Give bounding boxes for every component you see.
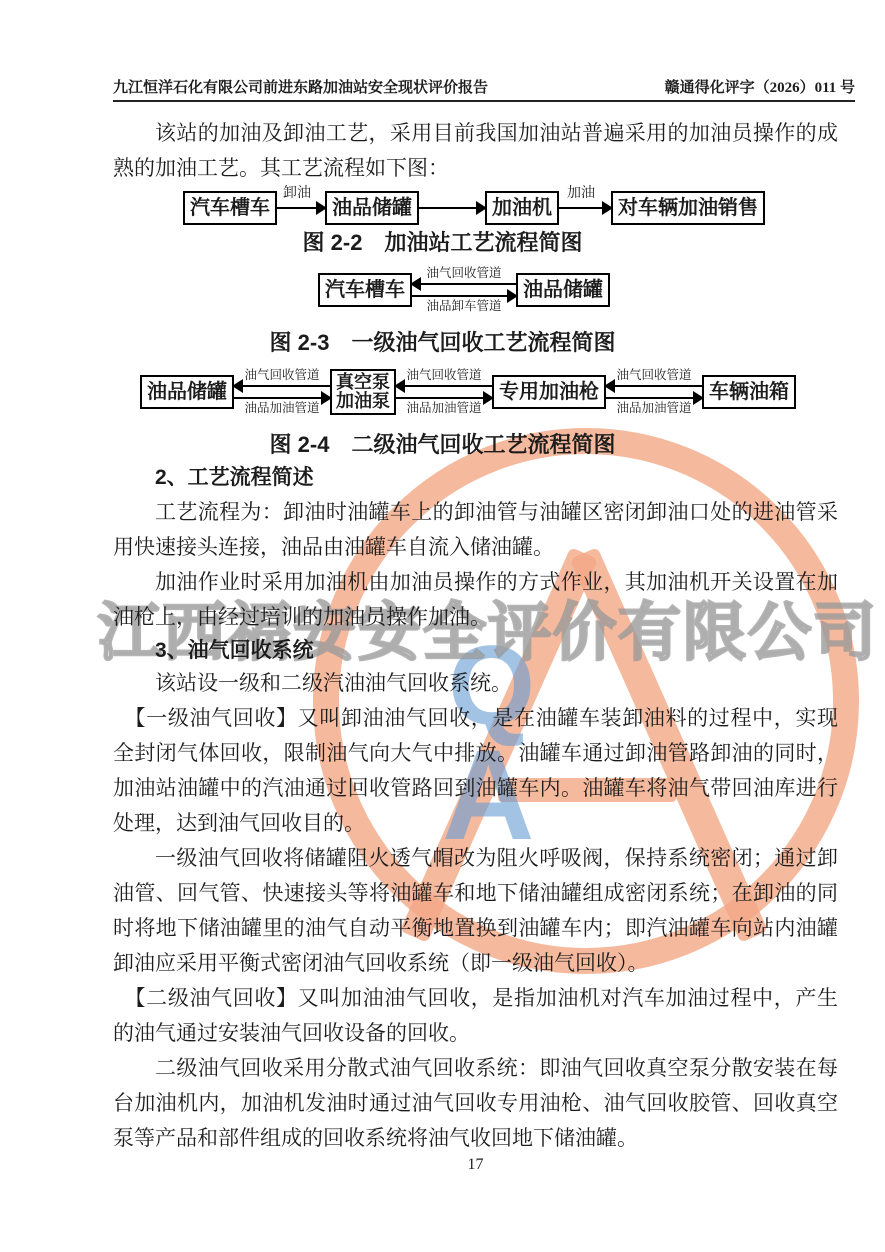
figure-2-3-flow: 汽车槽车 油气回收管道 油品卸车管道 油品储罐 <box>318 266 610 314</box>
vacuum-pump-line1: 真空泵 <box>336 373 390 392</box>
paragraph-stage1-definition: 【一级油气回收】又叫卸油油气回收，是在油罐车装卸油料的过程中，实现全封闭气体回收… <box>113 701 838 841</box>
figure-2-2-caption: 图 2-2 加油站工艺流程简图 <box>80 226 805 257</box>
header-document-number: 赣通得化评字（2026）011 号 <box>665 76 855 97</box>
arrow-right-icon <box>396 397 492 399</box>
figure-2-3-caption: 图 2-3 一级油气回收工艺流程简图 <box>80 326 805 357</box>
oil-filling-pipe-label: 油品加油管道 <box>396 401 492 416</box>
arrow-right-icon <box>606 397 702 399</box>
paragraph-system-overview: 该站设一级和二级汽油油气回收系统。 <box>113 666 838 701</box>
document-page: Q A 江西福安安全评价有限公司 九江恒洋石化有限公司前进东路加油站安全现状评价… <box>0 0 885 1252</box>
pipe-connector: 油气回收管道 油品加油管道 <box>606 368 702 416</box>
vapor-recovery-pipe-label: 油气回收管道 <box>396 368 492 383</box>
header-report-title: 九江恒洋石化有限公司前进东路加油站安全现状评价报告 <box>113 76 488 97</box>
arrow-right-icon <box>419 207 485 209</box>
arrow-left-icon <box>234 385 330 387</box>
paragraph-stage2-definition: 【二级油气回收】又叫加油油气回收，是指加油机对汽车加油过程中，产生的油气通过安装… <box>113 981 838 1051</box>
arrow-right-icon <box>234 397 330 399</box>
figure-2-4-caption: 图 2-4 二级油气回收工艺流程简图 <box>80 428 805 459</box>
figure-2-2-flow: 汽车槽车 卸油 油品储罐 加油机 加油 对车辆加油销售 <box>183 191 765 225</box>
page-number: 17 <box>113 1156 838 1174</box>
paragraph-refuel-operation: 加油作业时采用加油机由加油员操作的方式作业，其加油机开关设置在加油枪上，由经过培… <box>113 565 838 635</box>
arrow-right-icon <box>412 295 516 297</box>
arrow-right-icon: 卸油 <box>277 207 325 209</box>
header-divider <box>113 100 855 102</box>
vacuum-pump-line2: 加油泵 <box>336 392 390 411</box>
arrow-right-icon: 加油 <box>559 207 611 209</box>
arrow-label-refuel: 加油 <box>559 186 603 202</box>
arrow-label-unload: 卸油 <box>277 186 317 202</box>
vapor-recovery-pipe-label: 油气回收管道 <box>606 368 702 383</box>
arrow-left-icon <box>396 385 492 387</box>
oil-unloading-pipe-label: 油品卸车管道 <box>412 299 516 314</box>
flow-box-oil-storage-tank: 油品储罐 <box>516 273 610 307</box>
figure-2-4-flow: 油品储罐 油气回收管道 油品加油管道 真空泵 加油泵 油气回收管道 油品加油管道… <box>140 368 796 416</box>
flow-box-special-nozzle: 专用加油枪 <box>492 375 606 409</box>
section-heading-vapor-recovery: 3、油气回收系统 <box>155 634 314 664</box>
oil-filling-pipe-label: 油品加油管道 <box>234 401 330 416</box>
page-header: 九江恒洋石化有限公司前进东路加油站安全现状评价报告 赣通得化评字（2026）01… <box>113 76 855 97</box>
flow-box-tank-truck: 汽车槽车 <box>318 273 412 307</box>
paragraph-process-flow: 工艺流程为：卸油时油罐车上的卸油管与油罐区密闭卸油口处的进油管采用快速接头连接，… <box>113 495 838 565</box>
flow-box-dispenser: 加油机 <box>485 191 559 225</box>
paragraph-intro: 该站的加油及卸油工艺，采用目前我国加油站普遍采用的加油员操作的成熟的加油工艺。其… <box>113 116 838 186</box>
vapor-recovery-pipe-label: 油气回收管道 <box>412 266 516 281</box>
flow-box-vehicle-fuel-tank: 车辆油箱 <box>702 375 796 409</box>
paragraph-stage2-detail: 二级油气回收采用分散式油气回收系统：即油气回收真空泵分散安装在每台加油机内，加油… <box>113 1051 838 1156</box>
oil-filling-pipe-label: 油品加油管道 <box>606 401 702 416</box>
pipe-connector: 油气回收管道 油品加油管道 <box>396 368 492 416</box>
flow-box-tank-truck: 汽车槽车 <box>183 191 277 225</box>
arrow-left-icon <box>606 385 702 387</box>
paragraph-stage1-detail: 一级油气回收将储罐阻火透气帽改为阻火呼吸阀，保持系统密闭；通过卸油管、回气管、快… <box>113 841 838 981</box>
pipe-connector: 油气回收管道 油品卸车管道 <box>412 266 516 314</box>
pipe-connector: 油气回收管道 油品加油管道 <box>234 368 330 416</box>
vapor-recovery-pipe-label: 油气回收管道 <box>234 368 330 383</box>
section-heading-process-brief: 2、工艺流程简述 <box>155 461 314 491</box>
flow-box-oil-storage-tank: 油品储罐 <box>325 191 419 225</box>
arrow-left-icon <box>412 283 516 285</box>
flow-box-vehicle-sales: 对车辆加油销售 <box>611 191 765 225</box>
flow-box-oil-storage-tank: 油品储罐 <box>140 375 234 409</box>
flow-box-vacuum-pump: 真空泵 加油泵 <box>330 369 396 415</box>
